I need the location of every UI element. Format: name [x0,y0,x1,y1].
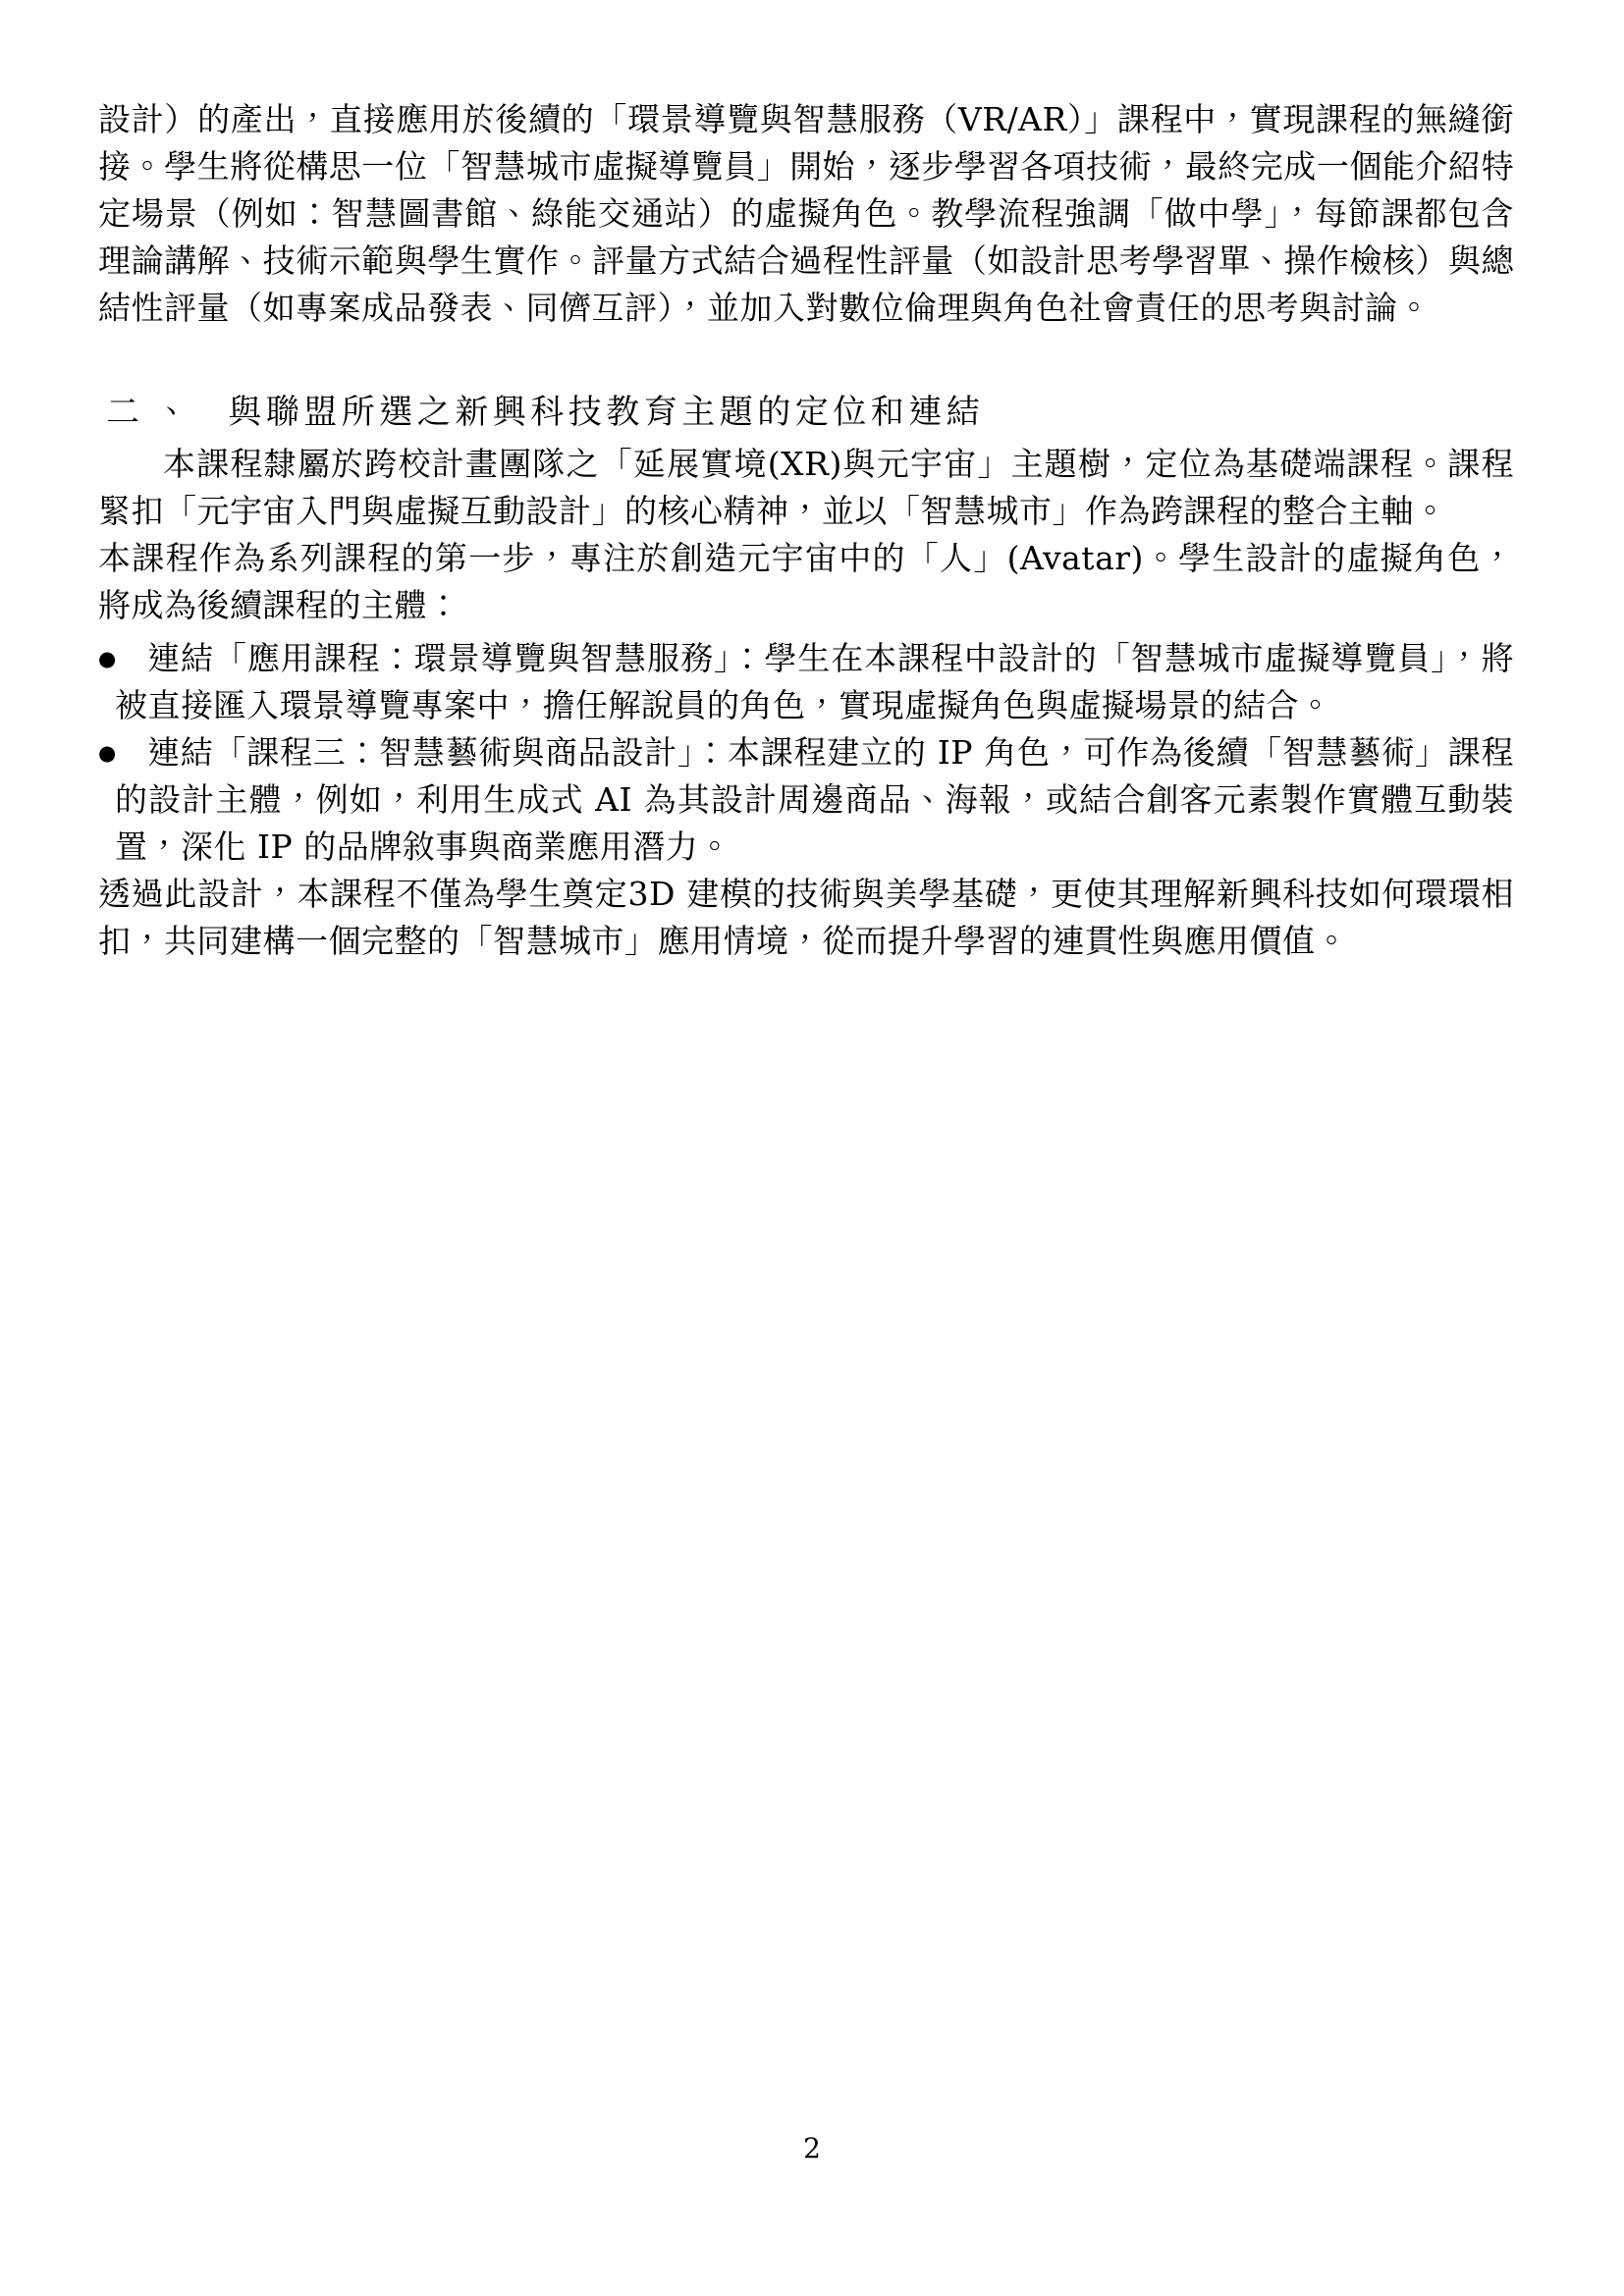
paragraph-avatar: 本課程作為系列課程的第一步，專注於創造元宇宙中的「人」(Avatar)。學生設計… [98,535,1514,629]
bullet-icon: ● [98,635,117,682]
list-item-text: 連結「課程三：智慧藝術與商品設計」：本課程建立的 IP 角色，可作為後續「智慧藝… [115,733,1514,866]
list-item-text: 連結「應用課程：環景導覽與智慧服務」：學生在本課程中設計的「智慧城市虛擬導覽員」… [115,639,1514,724]
bullet-icon: ● [98,729,117,776]
bullet-list: ● 連結「應用課程：環景導覽與智慧服務」：學生在本課程中設計的「智慧城市虛擬導覽… [115,635,1514,871]
paragraph-theme-tree: 本課程隸屬於跨校計畫團隊之「延展實境(XR)與元宇宙」主題樹，定位為基礎端課程。… [98,441,1514,535]
section-number: 二、 [106,393,204,432]
document-page: 設計）的產出，直接應用於後續的「環景導覽與智慧服務（VR/AR）」課程中，實現課… [0,0,1624,2296]
continued-paragraph: 設計）的產出，直接應用於後續的「環景導覽與智慧服務（VR/AR）」課程中，實現課… [98,96,1514,332]
list-item: ● 連結「課程三：智慧藝術與商品設計」：本課程建立的 IP 角色，可作為後續「智… [115,729,1514,871]
page-number: 2 [0,2132,1624,2165]
list-item: ● 連結「應用課程：環景導覽與智慧服務」：學生在本課程中設計的「智慧城市虛擬導覽… [115,635,1514,729]
closing-paragraph: 透過此設計，本課程不僅為學生奠定3D 建模的技術與美學基礎，更使其理解新興科技如… [98,871,1514,965]
section-heading: 二、 與聯盟所選之新興科技教育主題的定位和連結 [106,389,1514,436]
section-title: 與聯盟所選之新興科技教育主題的定位和連結 [228,393,984,432]
